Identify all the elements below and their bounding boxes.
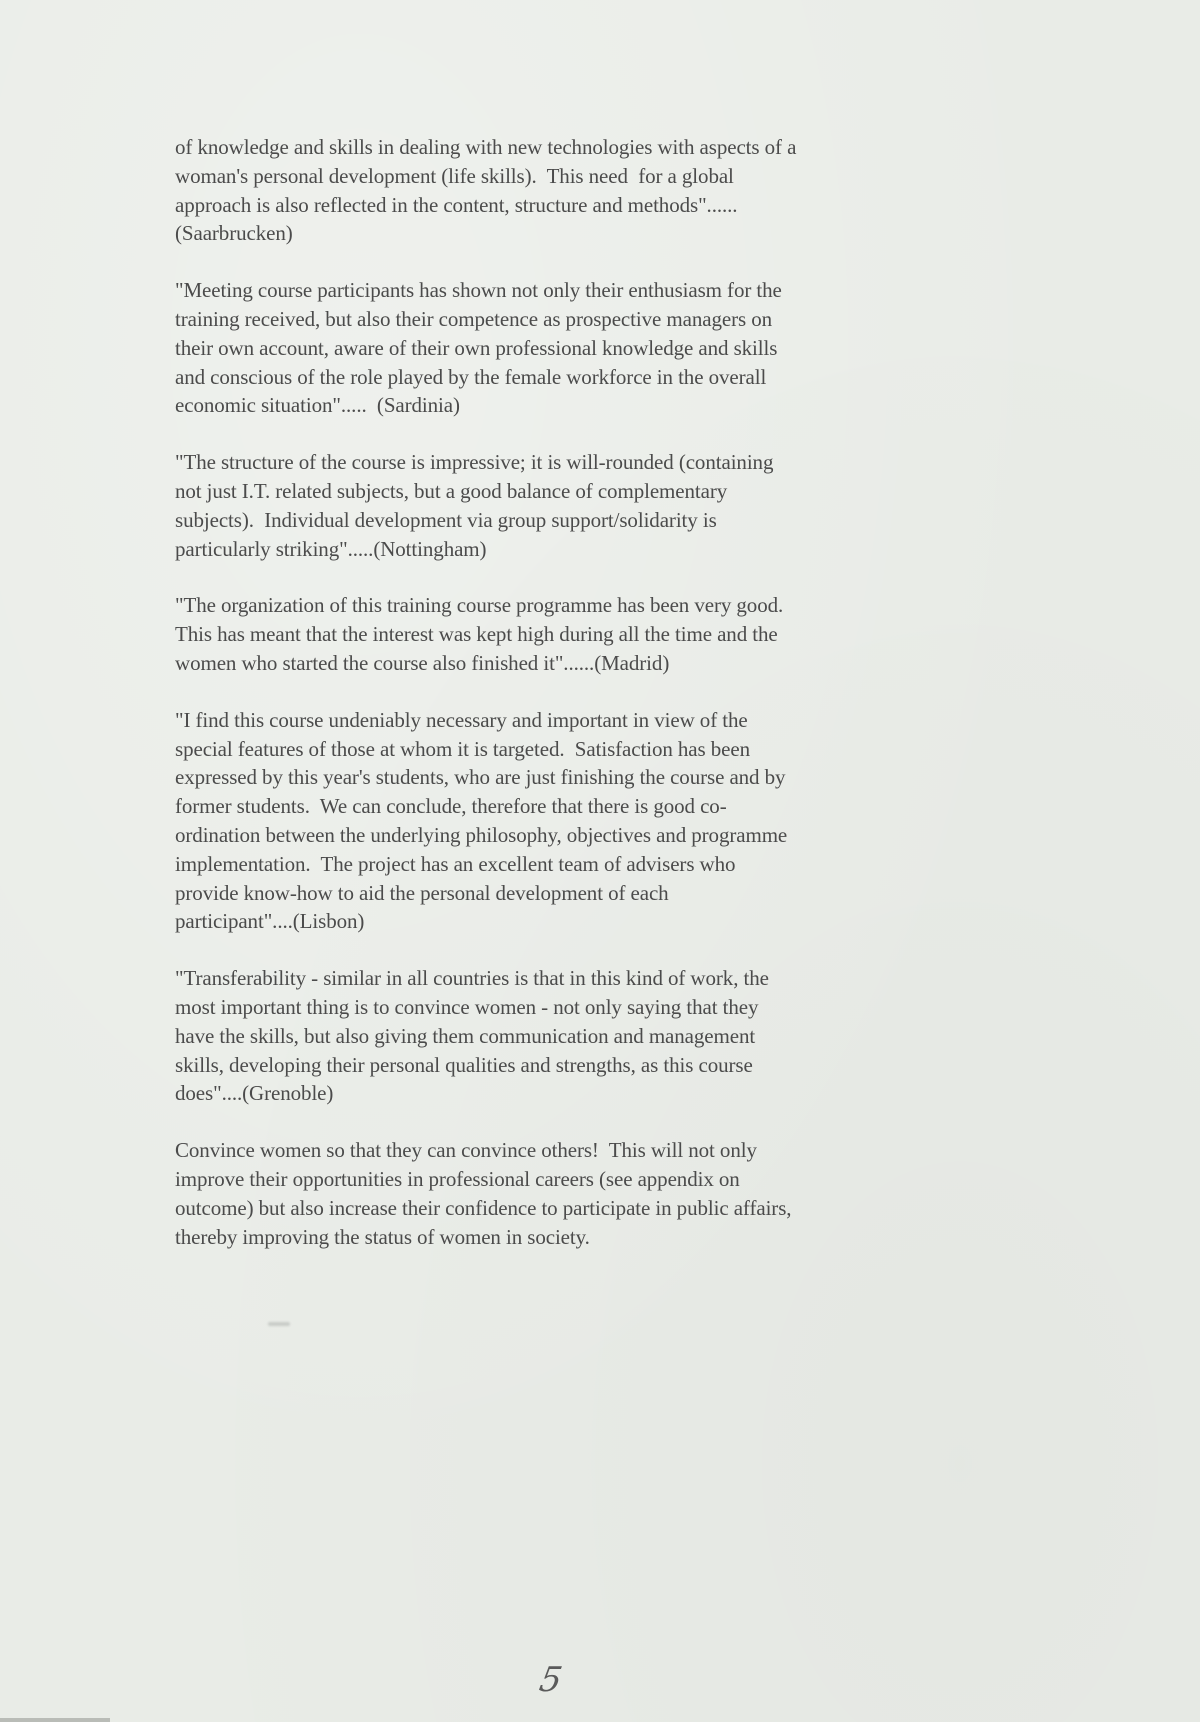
scan-edge-shadow <box>0 1718 110 1722</box>
text-line: their own account, aware of their own pr… <box>175 334 1055 363</box>
text-line: This has meant that the interest was kep… <box>175 620 1055 649</box>
text-line: outcome) but also increase their confide… <box>175 1194 1055 1223</box>
text-line: "The structure of the course is impressi… <box>175 448 1055 477</box>
text-line: expressed by this year's students, who a… <box>175 763 1055 792</box>
text-line: economic situation"..... (Sardinia) <box>175 391 1055 420</box>
text-line: thereby improving the status of women in… <box>175 1223 1055 1252</box>
text-line: Convince women so that they can convince… <box>175 1136 1055 1165</box>
text-line: approach is also reflected in the conten… <box>175 191 1055 220</box>
text-line: implementation. The project has an excel… <box>175 850 1055 879</box>
text-line: "The organization of this training cours… <box>175 591 1055 620</box>
text-line: improve their opportunities in professio… <box>175 1165 1055 1194</box>
text-line: of knowledge and skills in dealing with … <box>175 133 1055 162</box>
text-line: provide know-how to aid the personal dev… <box>175 879 1055 908</box>
paragraph-saarbrucken-quote: of knowledge and skills in dealing with … <box>175 133 1055 248</box>
text-line: skills, developing their personal qualit… <box>175 1051 1055 1080</box>
text-line: most important thing is to convince wome… <box>175 993 1055 1022</box>
text-line: special features of those at whom it is … <box>175 735 1055 764</box>
text-line: "Transferability - similar in all countr… <box>175 964 1055 993</box>
text-line: training received, but also their compet… <box>175 305 1055 334</box>
text-line: and conscious of the role played by the … <box>175 363 1055 392</box>
page-number: 5 <box>536 1660 565 1700</box>
text-line: particularly striking".....(Nottingham) <box>175 535 1055 564</box>
text-line: (Saarbrucken) <box>175 219 1055 248</box>
text-line: not just I.T. related subjects, but a go… <box>175 477 1055 506</box>
paragraph-lisbon-quote: "I find this course undeniably necessary… <box>175 706 1055 936</box>
text-line: subjects). Individual development via gr… <box>175 506 1055 535</box>
paragraph-madrid-quote: "The organization of this training cours… <box>175 591 1055 677</box>
text-line: participant"....(Lisbon) <box>175 907 1055 936</box>
text-line: ordination between the underlying philos… <box>175 821 1055 850</box>
paragraph-nottingham-quote: "The structure of the course is impressi… <box>175 448 1055 563</box>
text-line: women who started the course also finish… <box>175 649 1055 678</box>
document-page: of knowledge and skills in dealing with … <box>0 0 1200 1722</box>
scan-smudge-mark <box>268 1322 290 1326</box>
body-text: of knowledge and skills in dealing with … <box>175 133 1055 1279</box>
text-line: "I find this course undeniably necessary… <box>175 706 1055 735</box>
text-line: does"....(Grenoble) <box>175 1079 1055 1108</box>
paragraph-conclusion: Convince women so that they can convince… <box>175 1136 1055 1251</box>
text-line: "Meeting course participants has shown n… <box>175 276 1055 305</box>
text-line: have the skills, but also giving them co… <box>175 1022 1055 1051</box>
text-line: former students. We can conclude, theref… <box>175 792 1055 821</box>
paragraph-sardinia-quote: "Meeting course participants has shown n… <box>175 276 1055 420</box>
text-line: woman's personal development (life skill… <box>175 162 1055 191</box>
paragraph-grenoble-quote: "Transferability - similar in all countr… <box>175 964 1055 1108</box>
